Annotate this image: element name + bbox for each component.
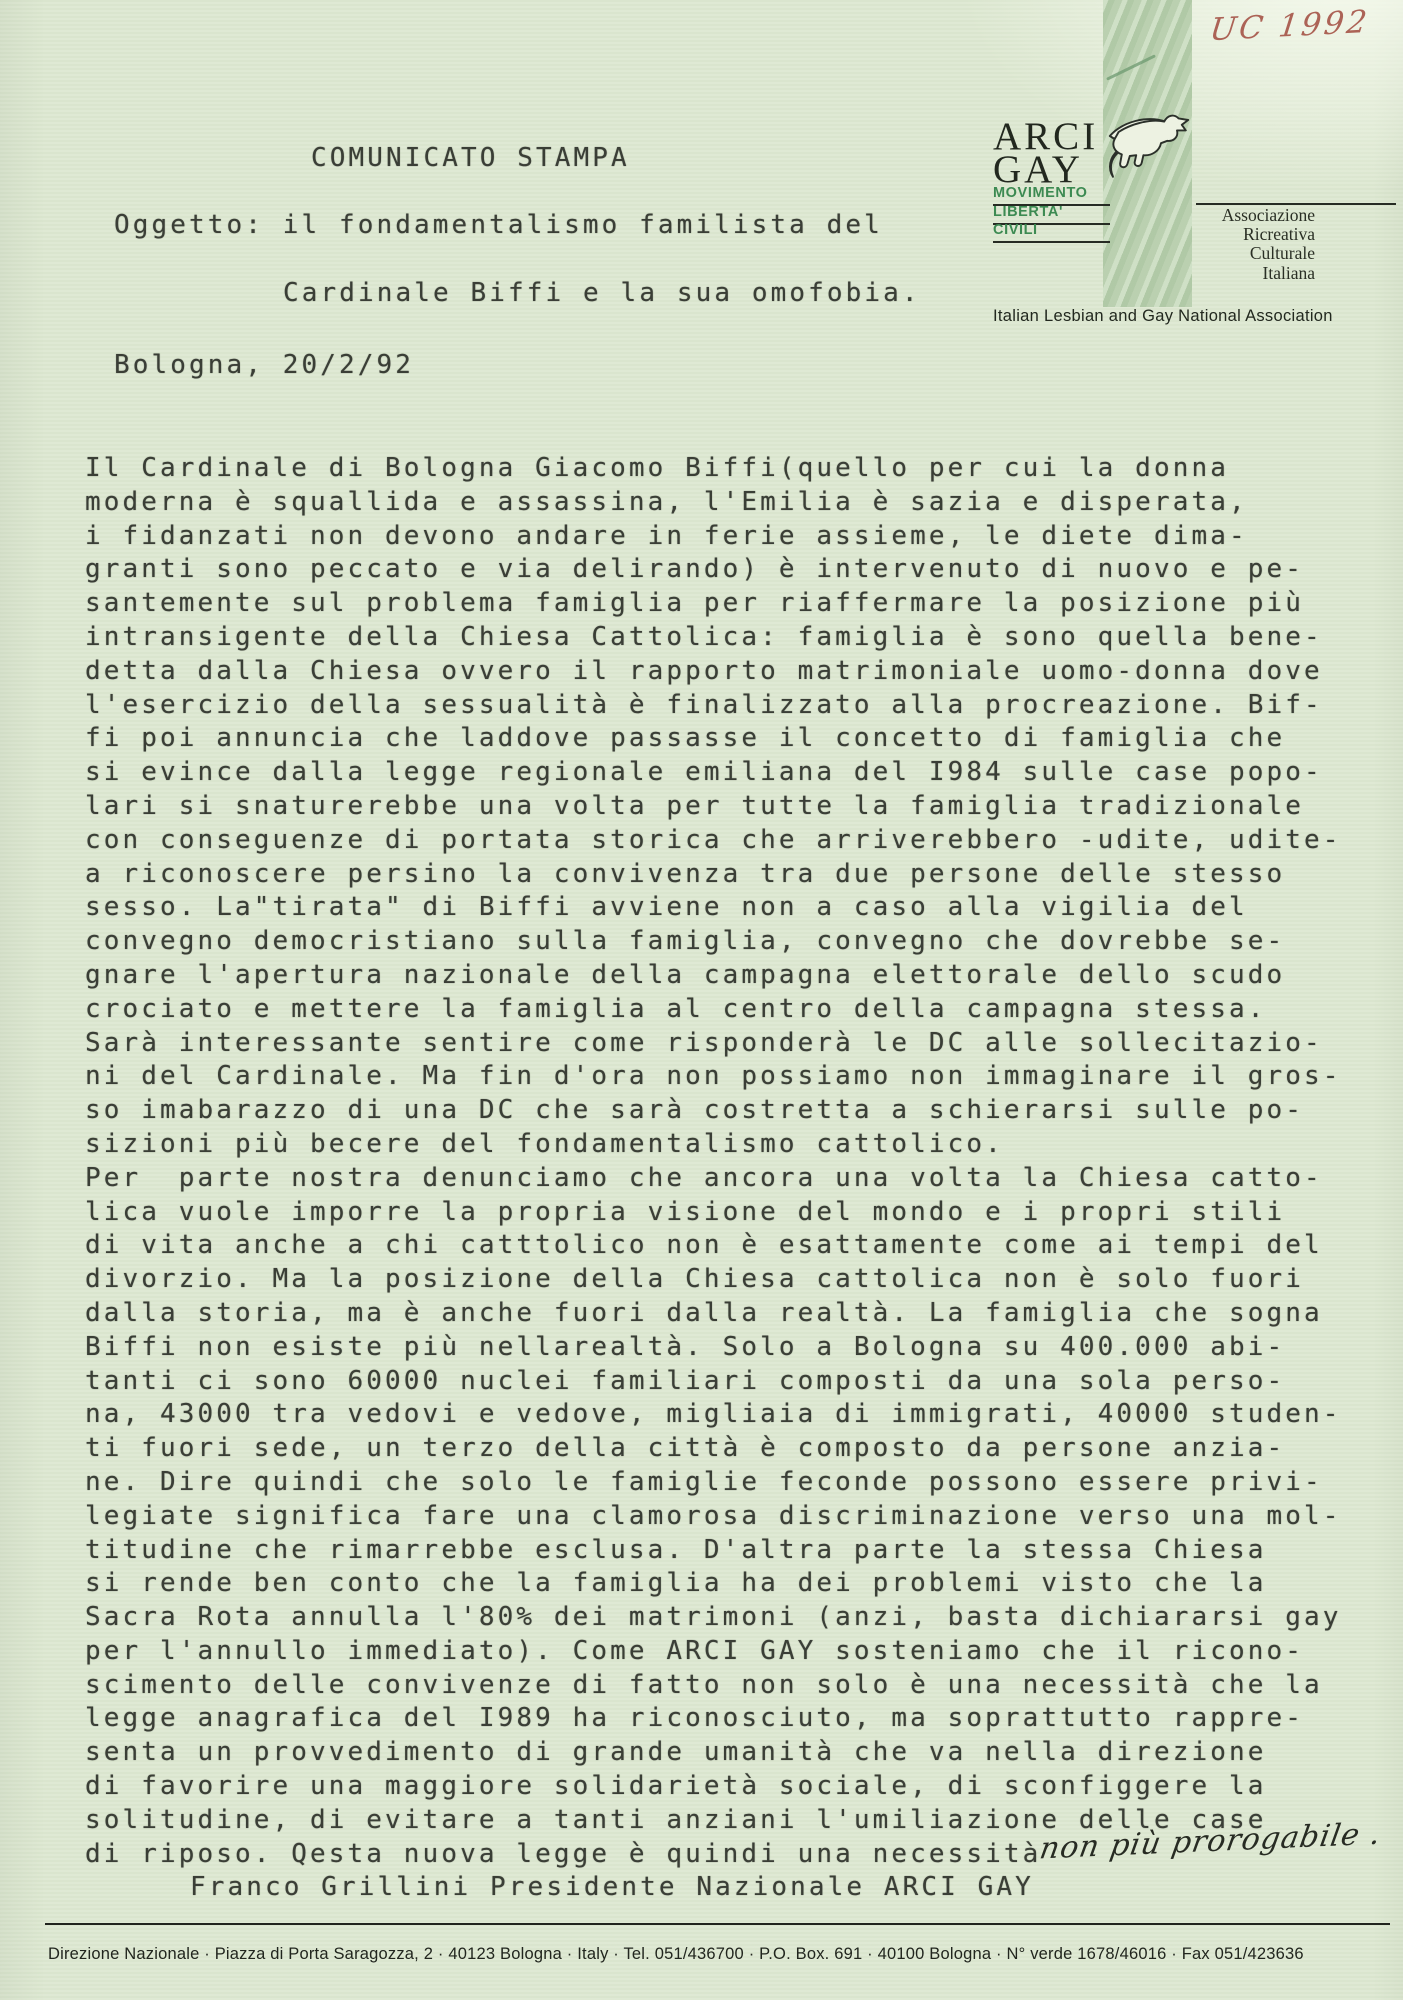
body-line: Il Cardinale di Bologna Giacomo Biffi(qu…	[85, 452, 1341, 486]
body-text: Il Cardinale di Bologna Giacomo Biffi(qu…	[85, 452, 1341, 1871]
org-name-logo: ARCI GAY	[993, 120, 1098, 186]
english-association-name: Italian Lesbian and Gay National Associa…	[993, 307, 1333, 326]
movement-line-movimento: MOVIMENTO	[993, 185, 1110, 206]
body-line: Sacra Rota annulla l'80% dei matrimoni (…	[85, 1601, 1341, 1635]
body-line: l'esercizio della sessualità è finalizza…	[85, 689, 1341, 723]
body-line: di vita anche a chi catttolico non è esa…	[85, 1229, 1341, 1263]
body-line: lica vuole imporre la propria visione de…	[85, 1196, 1341, 1230]
body-line: scimento delle convivenze di fatto non s…	[85, 1669, 1341, 1703]
body-line: convegno democristiano sulla famiglia, c…	[85, 925, 1341, 959]
body-line: santemente sul problema famiglia per ria…	[85, 587, 1341, 621]
body-line: lari si snaturerebbe una volta per tutte…	[85, 790, 1341, 824]
movement-label: CIVILI	[993, 222, 1038, 238]
body-line: ti fuori sede, un terzo della città è co…	[85, 1432, 1341, 1466]
body-line: so imabarazzo di una DC che sarà costret…	[85, 1094, 1341, 1128]
body-line: legge anagrafica del I989 ha riconosciut…	[85, 1702, 1341, 1736]
body-line: senta un provvedimento di grande umanità…	[85, 1736, 1341, 1770]
body-line: legiate significa fare una clamorosa dis…	[85, 1500, 1341, 1534]
body-line: Sarà interessante sentire come risponder…	[85, 1027, 1341, 1061]
movement-line-civili: CIVILI	[993, 222, 1110, 243]
body-line: crociato e mettere la famiglia al centro…	[85, 993, 1341, 1027]
signature-line: Franco Grillini Presidente Nazionale ARC…	[190, 1872, 1034, 1902]
body-line: intransigente della Chiesa Cattolica: fa…	[85, 621, 1341, 655]
document-title: COMUNICATO STAMPA	[311, 143, 630, 173]
footer-address-line: Direzione Nazionale · Piazza di Porta Sa…	[48, 1945, 1398, 1964]
body-line: ne. Dire quindi che solo le famiglie fec…	[85, 1466, 1341, 1500]
body-line: Biffi non esiste più nellarealtà. Solo a…	[85, 1331, 1341, 1365]
subject-line-continued: Cardinale Biffi e la sua omofobia.	[283, 278, 921, 308]
movement-label: LIBERTA'	[993, 204, 1063, 220]
body-line: a riconoscere persino la convivenza tra …	[85, 858, 1341, 892]
association-line: Ricreativa	[1140, 225, 1315, 244]
org-name-line2: GAY	[993, 153, 1098, 186]
pegasus-icon	[1104, 112, 1194, 192]
body-line: di favorire una maggiore solidarietà soc…	[85, 1770, 1341, 1804]
archival-handwritten-note: UC 1992	[1208, 4, 1372, 49]
body-line: divorzio. Ma la posizione della Chiesa c…	[85, 1263, 1341, 1297]
association-line: Associazione	[1140, 206, 1315, 225]
body-line: sesso. La"tirata" di Biffi avviene non a…	[85, 891, 1341, 925]
body-line: dalla storia, ma è anche fuori dalla rea…	[85, 1297, 1341, 1331]
footer-rule	[45, 1923, 1390, 1925]
body-line: i fidanzati non devono andare in ferie a…	[85, 520, 1341, 554]
body-line: Per parte nostra denunciamo che ancora u…	[85, 1162, 1341, 1196]
body-line: per l'annullo immediato). Come ARCI GAY …	[85, 1635, 1341, 1669]
body-line: con conseguenze di portata storica che a…	[85, 824, 1341, 858]
body-line: moderna è squallida e assassina, l'Emili…	[85, 486, 1341, 520]
body-line: si rende ben conto che la famiglia ha de…	[85, 1567, 1341, 1601]
association-line: Italiana	[1140, 264, 1315, 283]
association-line: Culturale	[1140, 244, 1315, 263]
body-line: granti sono peccato e via delirando) è i…	[85, 553, 1341, 587]
body-line: titudine che rimarrebbe esclusa. D'altra…	[85, 1534, 1341, 1568]
body-line: na, 43000 tra vedovi e vedove, migliaia …	[85, 1398, 1341, 1432]
subject-line: Oggetto: il fondamentalismo familista de…	[114, 210, 883, 240]
body-line: gnare l'apertura nazionale della campagn…	[85, 959, 1341, 993]
body-line: ni del Cardinale. Ma fin d'ora non possi…	[85, 1060, 1341, 1094]
body-line: tanti ci sono 60000 nuclei familiari com…	[85, 1365, 1341, 1399]
movement-label: MOVIMENTO	[993, 185, 1088, 201]
body-line: sizioni più becere del fondamentalismo c…	[85, 1128, 1341, 1162]
association-name-block: Associazione Ricreativa Culturale Italia…	[1140, 206, 1315, 283]
body-line: detta dalla Chiesa ovvero il rapporto ma…	[85, 655, 1341, 689]
body-line: si evince dalla legge regionale emiliana…	[85, 756, 1341, 790]
dateline: Bologna, 20/2/92	[114, 350, 414, 380]
scanned-press-release-page: UC 1992 ARCI GAY MOVIMENTO LIBERTA' CIVI…	[0, 0, 1403, 2000]
body-line: fi poi annuncia che laddove passasse il …	[85, 722, 1341, 756]
